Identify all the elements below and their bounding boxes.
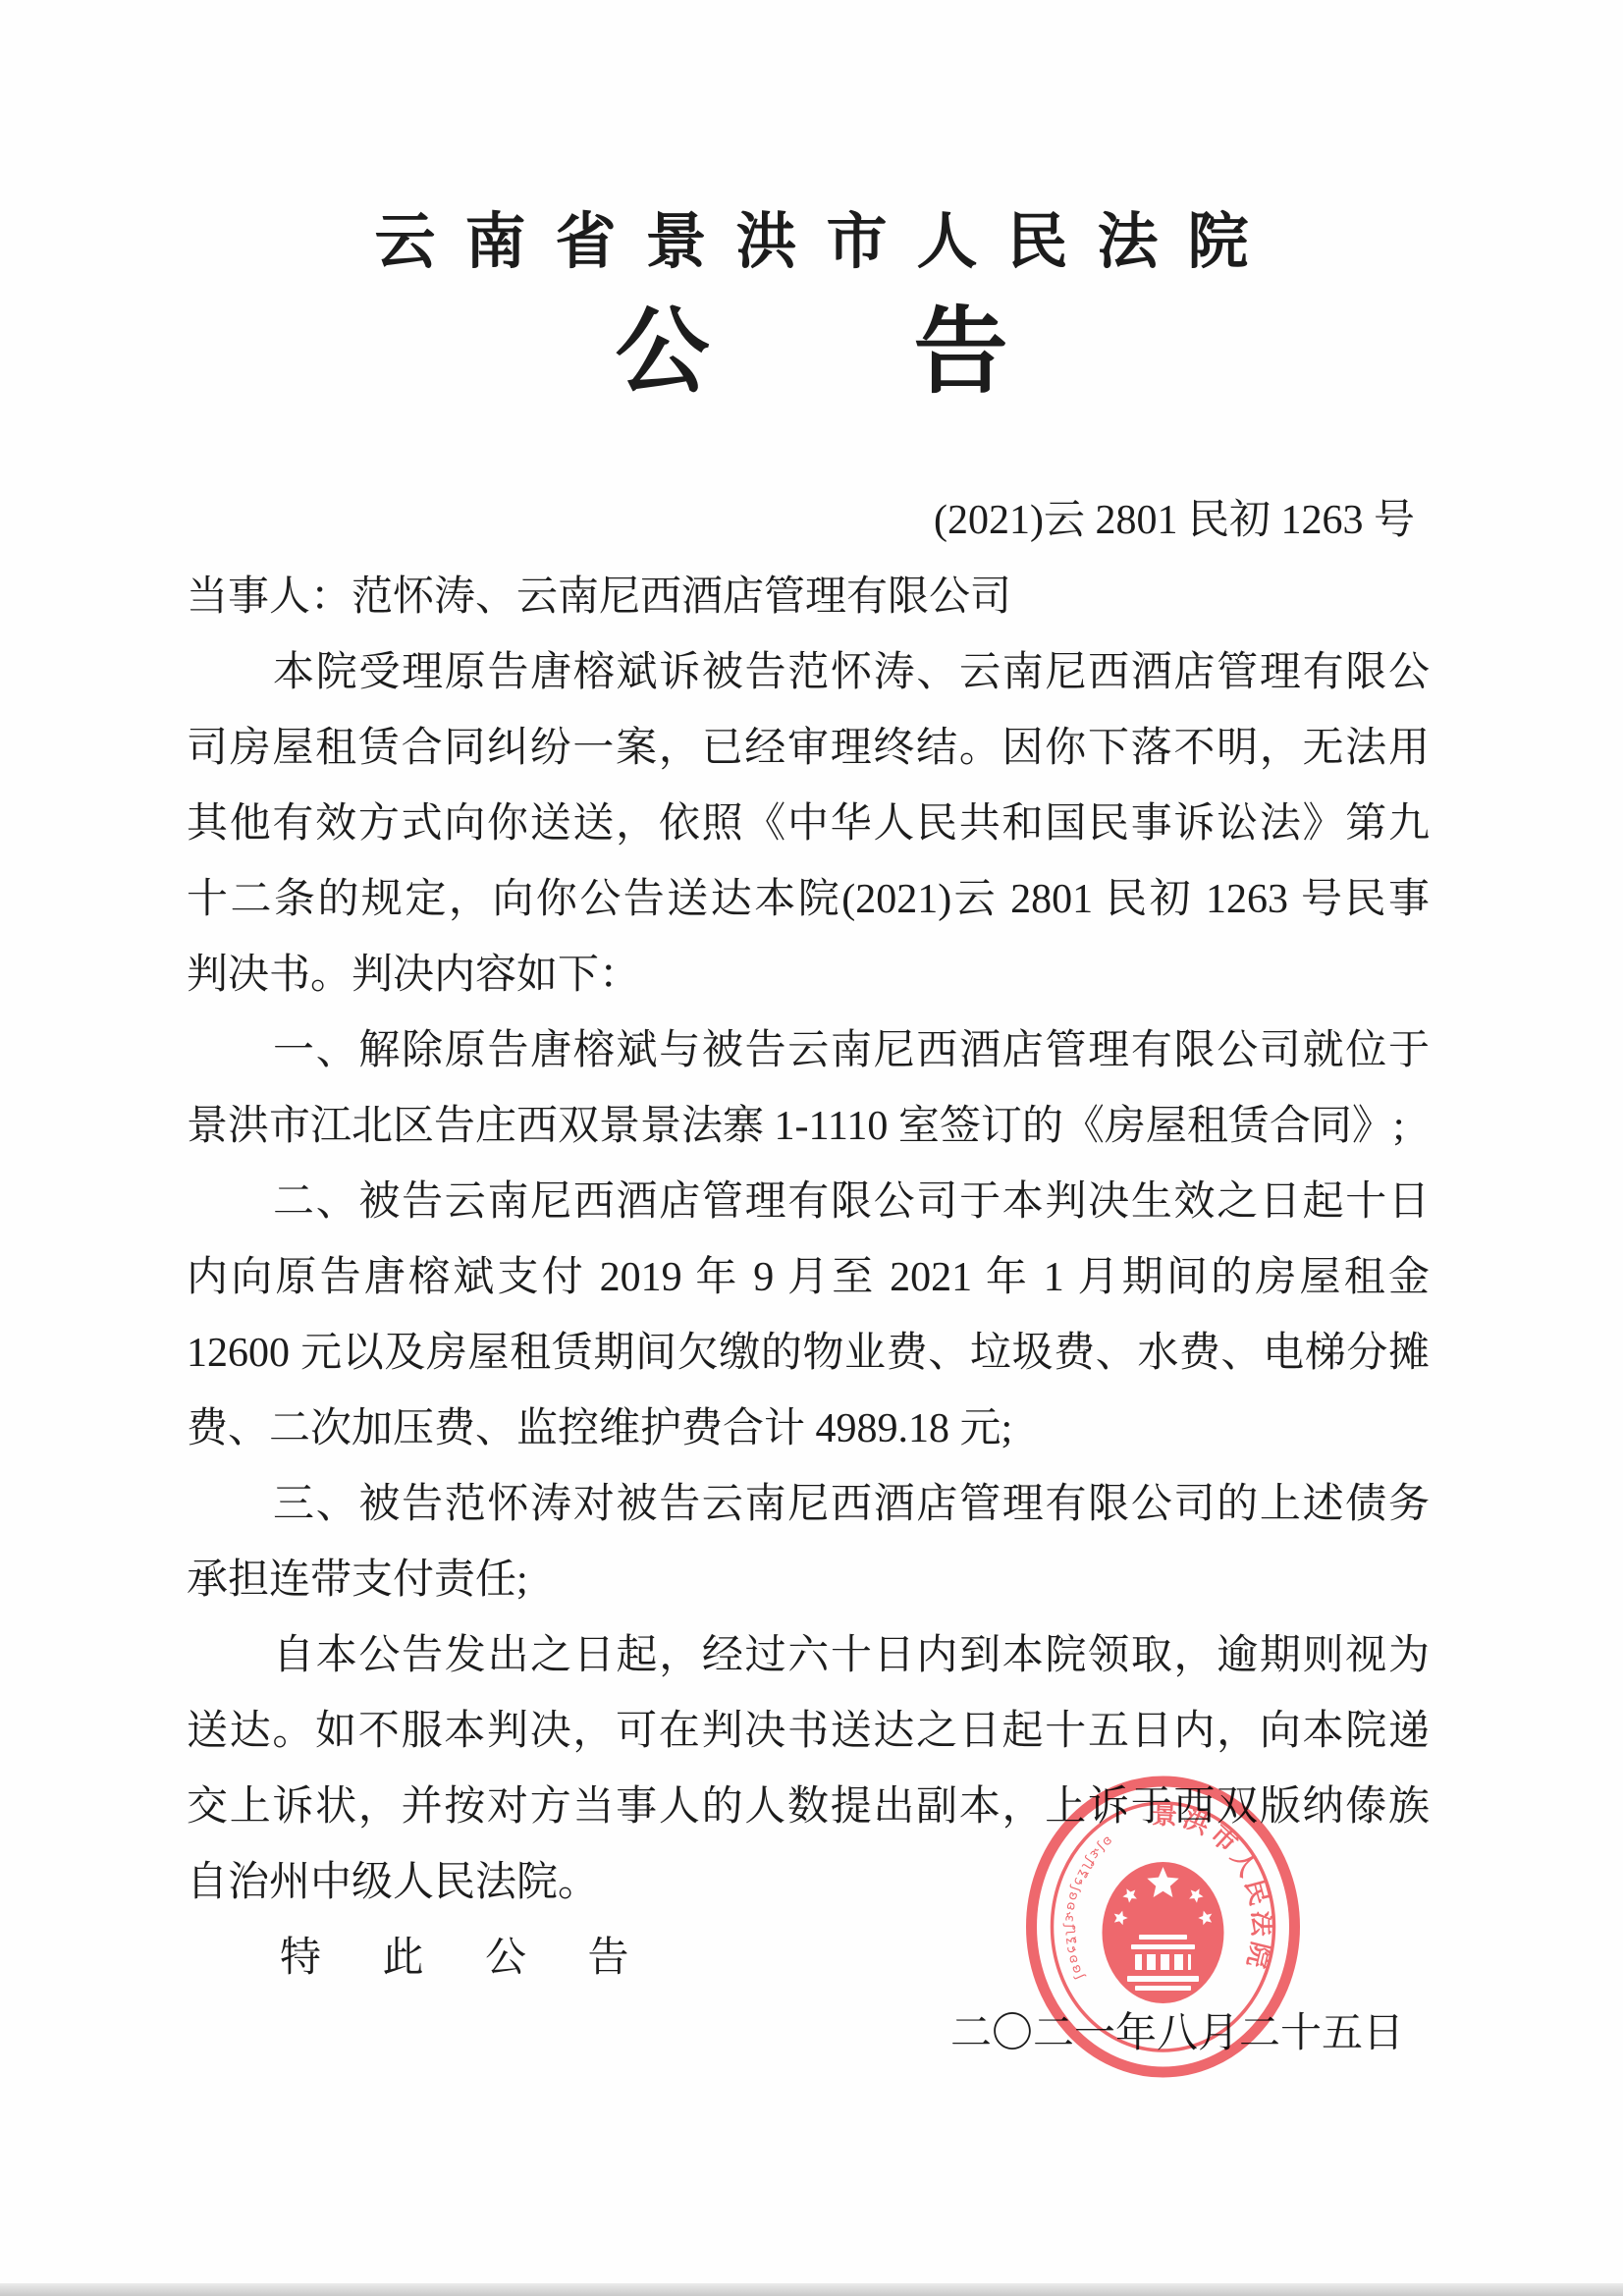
closing-line: 特 此 公 告 xyxy=(187,1921,1430,1996)
body-line: 本院受理原告唐榕斌诉被告范怀涛、云南尼西酒店管理有限公 xyxy=(187,635,1430,711)
judgment-item-1: 一、解除原告唐榕斌与被告云南尼西酒店管理有限公司就位于 xyxy=(187,1013,1430,1089)
body-line: 十二条的规定，向你公告送达本院(2021)云 2801 民初 1263 号民事 xyxy=(187,862,1430,938)
judgment-item-1-cont: 景洪市江北区告庄西双景景法寨 1-1110 室签订的《房屋租赁合同》; xyxy=(187,1089,1430,1165)
judgment-item-2-cont: 费、二次加压费、监控维护费合计 4989.18 元; xyxy=(187,1392,1430,1467)
announcement-title: 公告 xyxy=(0,277,1623,411)
body-line: 送达。如不服本判决，可在判决书送达之日起十五日内，向本院递 xyxy=(187,1694,1430,1770)
judgment-item-2: 二、被告云南尼西酒店管理有限公司于本判决生效之日起十日 xyxy=(187,1165,1430,1240)
body-line: 自治州中级人民法院。 xyxy=(187,1845,1430,1921)
parties-line: 当事人：范怀涛、云南尼西酒店管理有限公司 xyxy=(187,560,1430,635)
judgment-item-2-cont: 12600 元以及房屋租赁期间欠缴的物业费、垃圾费、水费、电梯分摊 xyxy=(187,1316,1430,1392)
judgment-item-3-cont: 承担连带支付责任; xyxy=(187,1543,1430,1618)
judgment-item-3: 三、被告范怀涛对被告云南尼西酒店管理有限公司的上述债务 xyxy=(187,1467,1430,1543)
scan-artifact-strip xyxy=(0,2283,1623,2296)
date-line: 二〇二一年八月二十五日 xyxy=(187,1996,1430,2072)
body-line: 其他有效方式向你送送，依照《中华人民共和国民事诉讼法》第九 xyxy=(187,787,1430,862)
body-line: 自本公告发出之日起，经过六十日内到本院领取，逾期则视为 xyxy=(187,1618,1430,1694)
judgment-item-2-cont: 内向原告唐榕斌支付 2019 年 9 月至 2021 年 1 月期间的房屋租金 xyxy=(187,1240,1430,1316)
court-name: 云南省景洪市人民法院 xyxy=(0,192,1623,280)
body-line: 交上诉状，并按对方当事人的人数提出副本，上诉于西双版纳傣族 xyxy=(187,1770,1430,1845)
body-line: 司房屋租赁合同纠纷一案，已经审理终结。因你下落不明，无法用 xyxy=(187,711,1430,787)
announcement-body: 当事人：范怀涛、云南尼西酒店管理有限公司 本院受理原告唐榕斌诉被告范怀涛、云南尼… xyxy=(187,560,1430,2072)
court-announcement-page: 云南省景洪市人民法院 公告 (2021)云 2801 民初 1263 号 当事人… xyxy=(0,0,1623,2296)
body-line: 判决书。判决内容如下： xyxy=(187,938,1430,1013)
case-number: (2021)云 2801 民初 1263 号 xyxy=(934,487,1415,546)
